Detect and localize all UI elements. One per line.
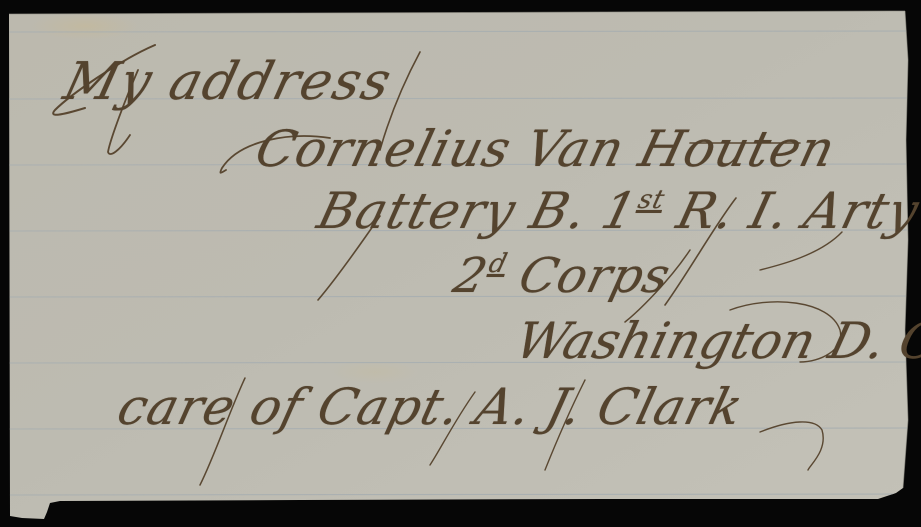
unit-text: Battery B. 1 bbox=[312, 182, 643, 240]
scanned-document: My address Cornelius Van Houten Battery … bbox=[0, 0, 921, 527]
unit-text-after: R. I. Arty bbox=[655, 182, 921, 240]
corps-line: 2d Corps bbox=[448, 248, 676, 304]
heading-my-address: My address bbox=[58, 52, 399, 112]
unit-line: Battery B. 1st R. I. Arty bbox=[312, 182, 921, 240]
city-line: Washington D. C. bbox=[510, 312, 921, 370]
care-of-line: care of Capt. A. J. Clark bbox=[112, 378, 749, 436]
corps-text: Corps bbox=[497, 248, 676, 304]
addressee-name: Cornelius Van Houten bbox=[250, 120, 841, 178]
